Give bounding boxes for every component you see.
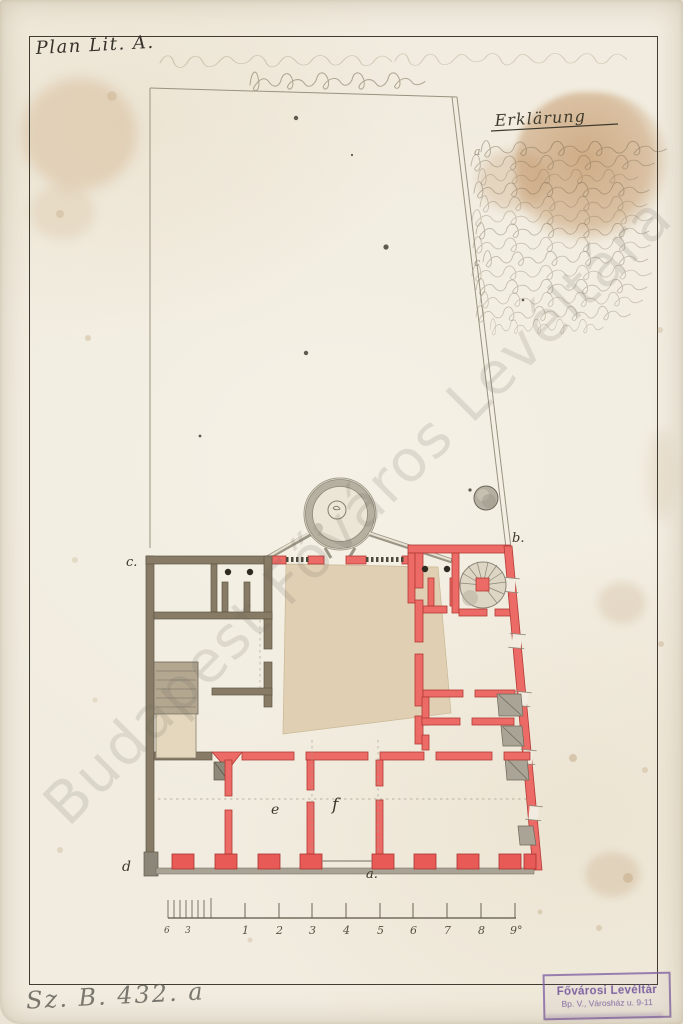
wall-courtyard-east [415,553,423,588]
privy-dot [225,569,231,575]
svg-text:6: 6 [164,926,170,936]
plan-title: Plan Lit. A. [34,32,155,59]
privy-dot [247,569,253,575]
facade-pier [300,854,322,869]
room-label-d: d [122,859,131,875]
wall-west-outer [146,556,154,874]
wall-segment [211,564,217,612]
handwritten-line-illegible [250,72,425,91]
room-label-e: e [271,802,279,818]
stair-landing [156,714,196,758]
ink-specks [199,116,525,492]
facade-pier [172,854,194,869]
room-label-b: b. [512,531,524,546]
facade-pier [215,854,237,869]
wall-segment [264,619,272,649]
wall-segment [428,578,434,606]
wall-segment [270,556,286,564]
wall-segment [264,556,272,620]
facade-pier [457,854,479,869]
svg-text:2: 2 [275,924,283,937]
scanned-plan-document: Plan Lit. A. Erklärung a c [0,0,683,1024]
courtyard-north-wall [270,556,416,564]
svg-text:9°: 9° [510,924,523,937]
stamp-line-1: Fővárosi Levéltár [557,983,658,997]
plan-drawing-layer: Plan Lit. A. Erklärung a c [0,0,683,1024]
wall-segment [222,582,228,612]
facade-pier [414,854,436,869]
wall-segment [423,690,463,697]
svg-text:1: 1 [242,924,249,937]
handwritten-line-illegible [160,55,392,67]
svg-text:3: 3 [309,924,316,937]
wall-segment [422,718,460,725]
wall-segment [380,752,424,760]
right-wing [408,545,543,870]
spiral-staircase [460,562,506,608]
street-facade [144,852,536,876]
wall-segment [225,760,232,796]
lot-line-east [452,97,506,548]
wall-segment [422,735,429,750]
wall-segment [154,612,272,619]
wall-segment [225,810,232,854]
wall-courtyard-east [415,600,423,642]
svg-text:4: 4 [342,924,350,937]
legend-lines-illegible [471,141,666,335]
wall-segment [504,752,530,760]
lot-line-north [150,88,457,97]
lot-line-east [457,97,511,548]
stamp-line-2: Bp. V., Városház u. 9-11 [561,997,652,1009]
wall-segment [264,662,272,707]
stair-newel [476,578,489,591]
facade-pier [524,854,536,869]
svg-text:6: 6 [410,924,417,937]
facade-pier [258,854,280,869]
legend-entry-letter: a [474,145,481,158]
room-label-f: f [330,795,341,815]
svg-text:3: 3 [185,926,191,936]
left-wing [146,556,272,874]
wall-segment [212,688,272,695]
scale-minor-ticks [168,898,211,918]
svg-text:7: 7 [444,924,451,937]
wall-segment [308,556,324,564]
staircase-block [154,662,198,758]
room-label-a: a. [366,867,378,882]
wall-segment [242,752,294,760]
scale-labels: 6 3 1 2 3 4 5 6 7 8 9° [164,924,523,937]
svg-text:5: 5 [377,924,384,937]
well-right [474,486,498,510]
scale-major-ticks [245,903,515,918]
wall-segment [306,752,368,760]
scale-bar: 6 3 1 2 3 4 5 6 7 8 9° [164,898,523,937]
facade-pier [499,854,521,869]
wall-segment [307,760,314,790]
room-label-c: c. [126,555,137,570]
wall-segment [408,553,415,603]
wall-segment [436,752,492,760]
wall-north [146,556,272,564]
wall-segment [452,553,459,613]
wall-segment [376,800,383,854]
handwritten-line-illegible [395,53,627,65]
fence-ticks [286,557,404,562]
wall-segment [307,802,314,854]
legend-block: Erklärung a c [471,106,666,335]
wall-segment [459,609,487,616]
wall-segment [346,556,366,564]
bottom-wing [144,718,536,876]
wall-north [408,545,510,553]
svg-text:8: 8 [478,924,485,937]
privy-dot [422,566,428,572]
wall-segment [244,582,250,612]
wall-segment [472,718,514,725]
wall-segment [423,606,447,613]
wall-segment [376,760,383,786]
privy-dot [444,566,450,572]
header-handwriting: Plan Lit. A. [34,32,627,91]
